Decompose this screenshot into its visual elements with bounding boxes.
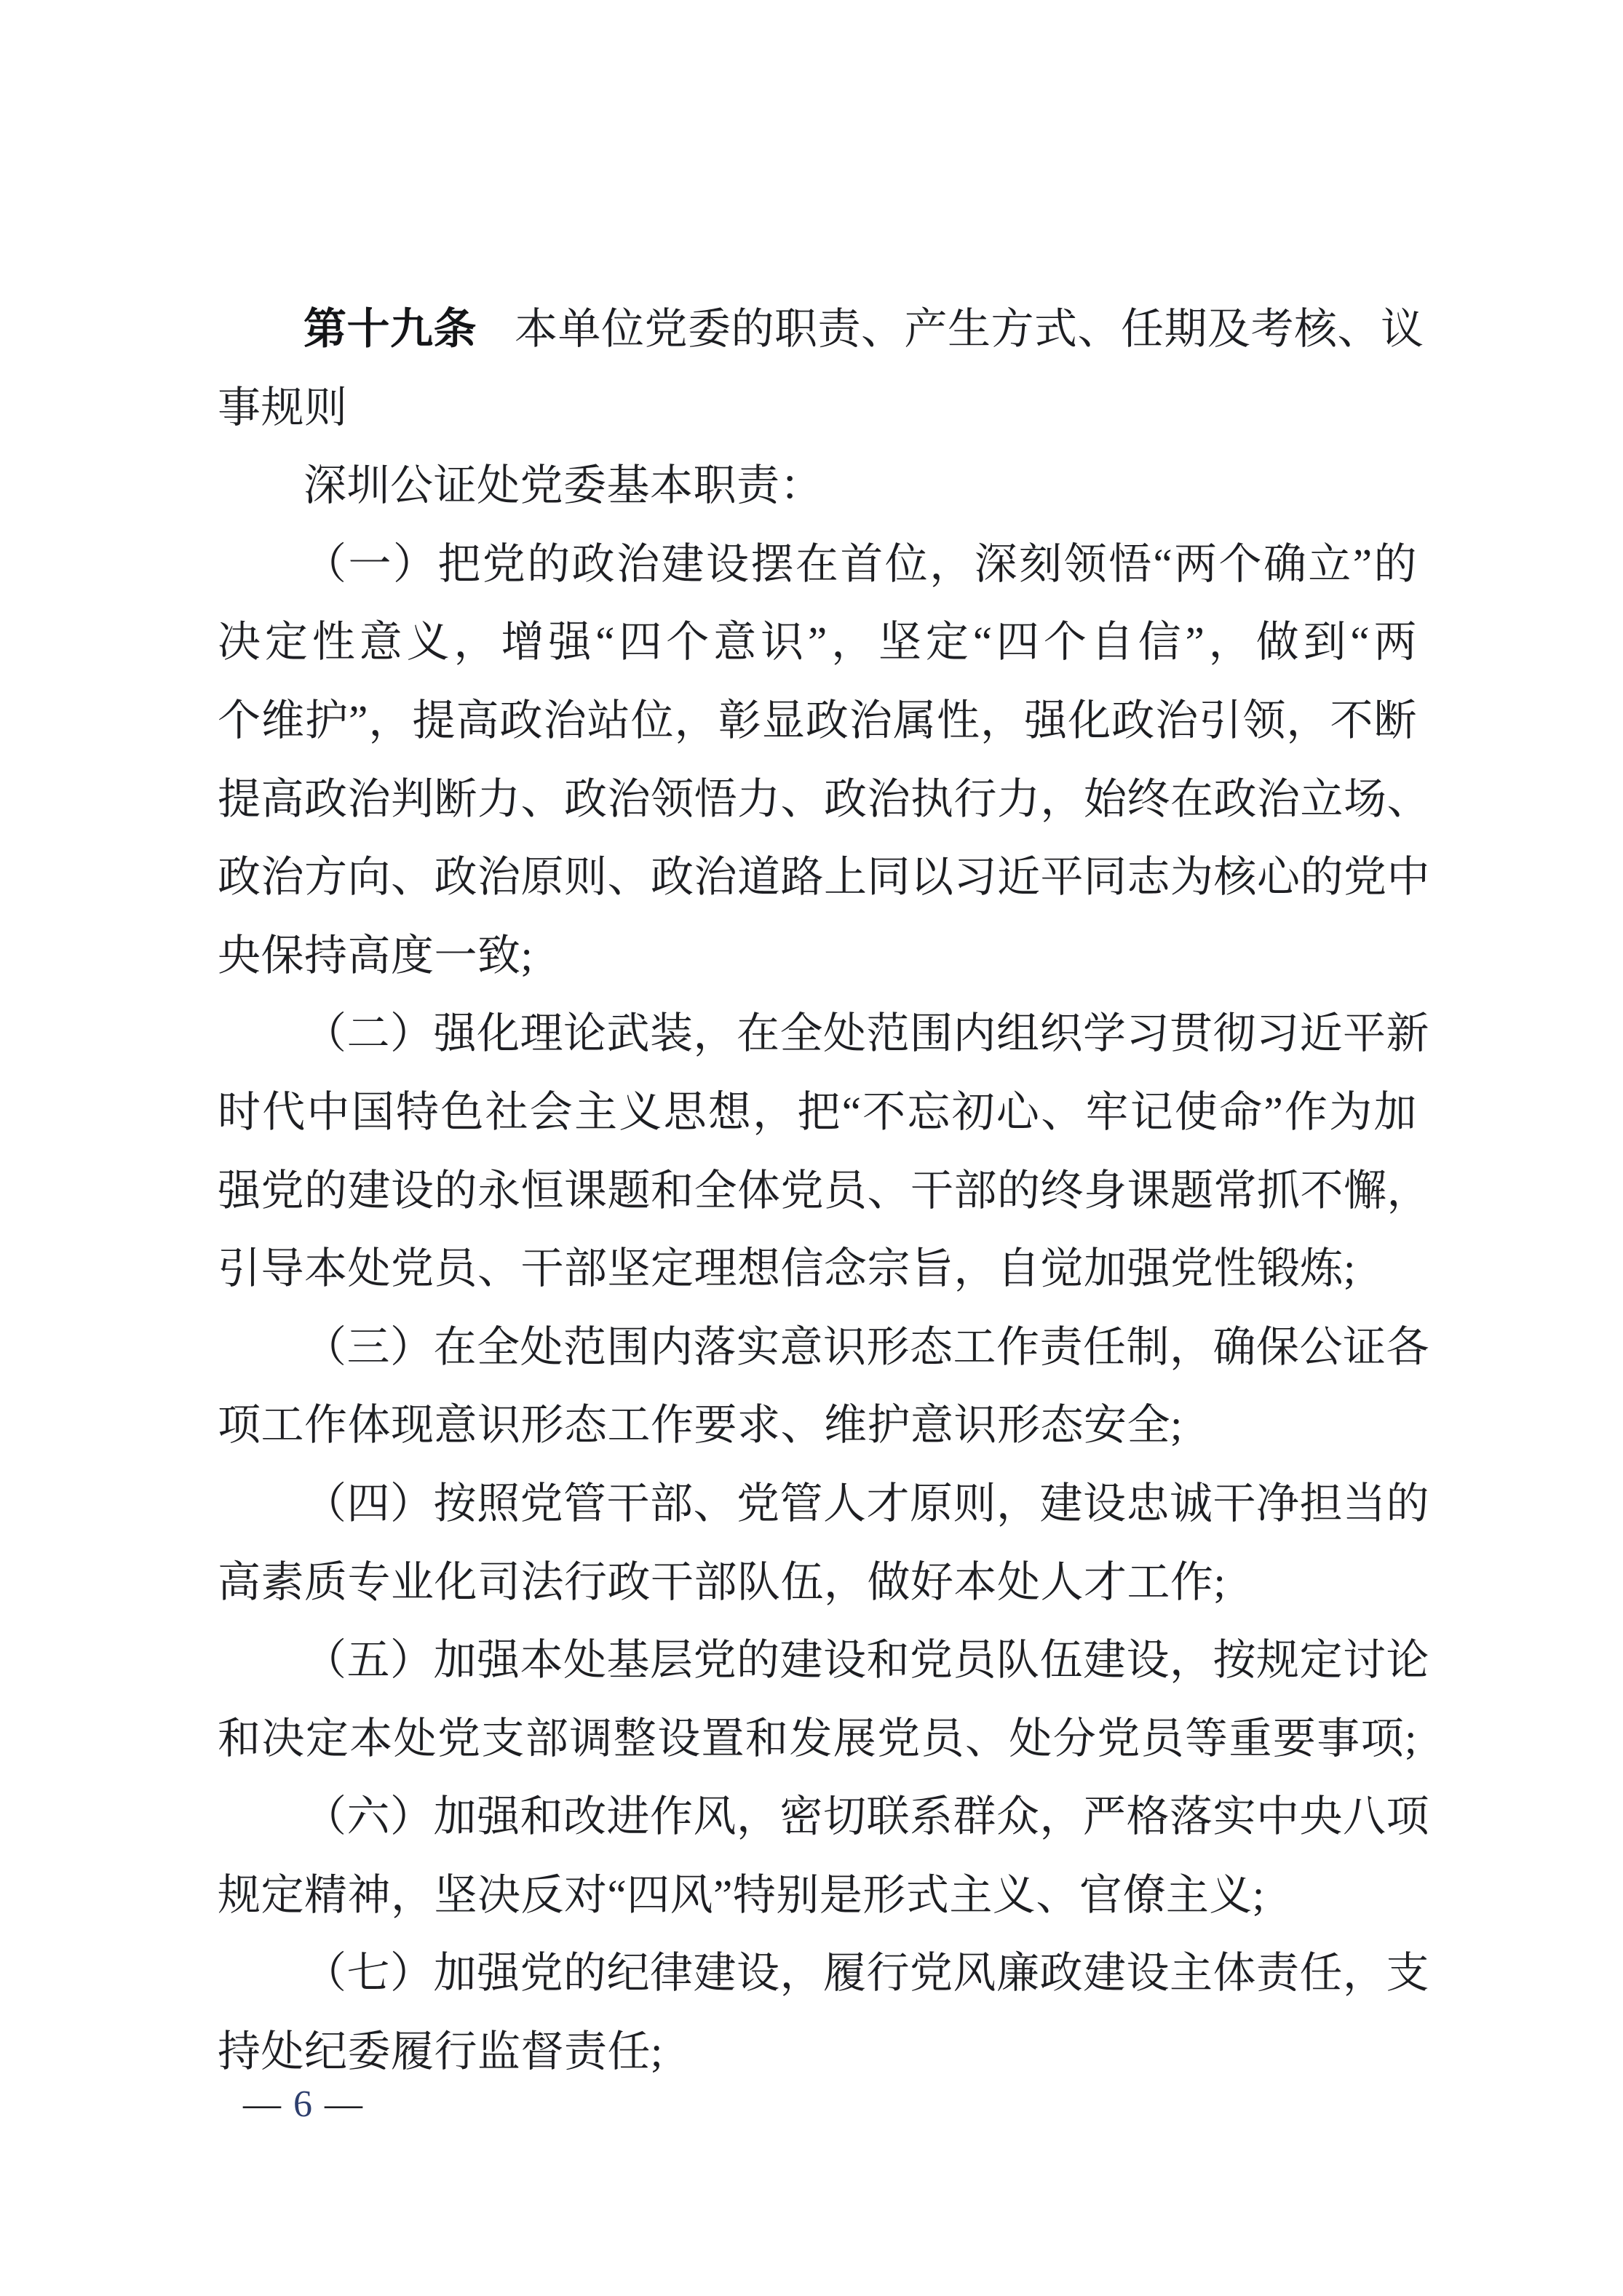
text-line: （四）按照党管干部、党管人才原则，建设忠诚干净担当的 bbox=[218, 1465, 1417, 1544]
article-body: 第十九条本单位党委的职责、产生方式、任期及考核、议事规则深圳公证处党委基本职责：… bbox=[218, 290, 1417, 2092]
text-line: 规定精神，坚决反对“四风”特别是形式主义、官僚主义; bbox=[218, 1856, 1417, 1935]
text-line: 时代中国特色社会主义思想，把“不忘初心、牢记使命”作为加 bbox=[218, 1073, 1417, 1152]
text-line: 项工作体现意识形态工作要求、维护意识形态安全; bbox=[218, 1386, 1417, 1465]
page-number: 6 bbox=[293, 2083, 312, 2126]
text-line: 政治方向、政治原则、政治道路上同以习近平同志为核心的党中 bbox=[218, 838, 1417, 917]
text-line: 决定性意义，增强“四个意识”，坚定“四个自信”，做到“两 bbox=[218, 603, 1417, 682]
page-footer: — 6 — bbox=[243, 2083, 362, 2126]
text-line: 深圳公证处党委基本职责： bbox=[218, 447, 1417, 525]
text-line: （一）把党的政治建设摆在首位，深刻领悟“两个确立”的 bbox=[218, 525, 1417, 604]
text-line: （二）强化理论武装，在全处范围内组织学习贯彻习近平新 bbox=[218, 995, 1417, 1073]
text-line: 第十九条本单位党委的职责、产生方式、任期及考核、议 bbox=[218, 290, 1417, 369]
text-line: （五）加强本处基层党的建设和党员队伍建设，按规定讨论 bbox=[218, 1621, 1417, 1700]
text-line: 和决定本处党支部调整设置和发展党员、处分党员等重要事项; bbox=[218, 1700, 1417, 1779]
footer-dash-right: — bbox=[325, 2083, 362, 2126]
text-line: （七）加强党的纪律建设，履行党风廉政建设主体责任，支 bbox=[218, 1934, 1417, 2013]
article-number-bold: 第十九条 bbox=[303, 305, 477, 353]
footer-dash-left: — bbox=[243, 2083, 281, 2126]
text-line: 引导本处党员、干部坚定理想信念宗旨，自觉加强党性锻炼; bbox=[218, 1230, 1417, 1308]
document-page: 第十九条本单位党委的职责、产生方式、任期及考核、议事规则深圳公证处党委基本职责：… bbox=[0, 0, 1623, 2296]
text-line: 提高政治判断力、政治领悟力、政治执行力，始终在政治立场、 bbox=[218, 760, 1417, 839]
text-line: 强党的建设的永恒课题和全体党员、干部的终身课题常抓不懈， bbox=[218, 1152, 1417, 1231]
text-line: 央保持高度一致; bbox=[218, 917, 1417, 996]
text-line: 高素质专业化司法行政干部队伍，做好本处人才工作; bbox=[218, 1544, 1417, 1622]
text-line: 持处纪委履行监督责任; bbox=[218, 2013, 1417, 2092]
text-line: （六）加强和改进作风，密切联系群众，严格落实中央八项 bbox=[218, 1778, 1417, 1856]
text-line: 个维护”，提高政治站位，彰显政治属性，强化政治引领，不断 bbox=[218, 682, 1417, 760]
text-line: （三）在全处范围内落实意识形态工作责任制，确保公证各 bbox=[218, 1308, 1417, 1387]
text-line: 事规则 bbox=[218, 369, 1417, 448]
